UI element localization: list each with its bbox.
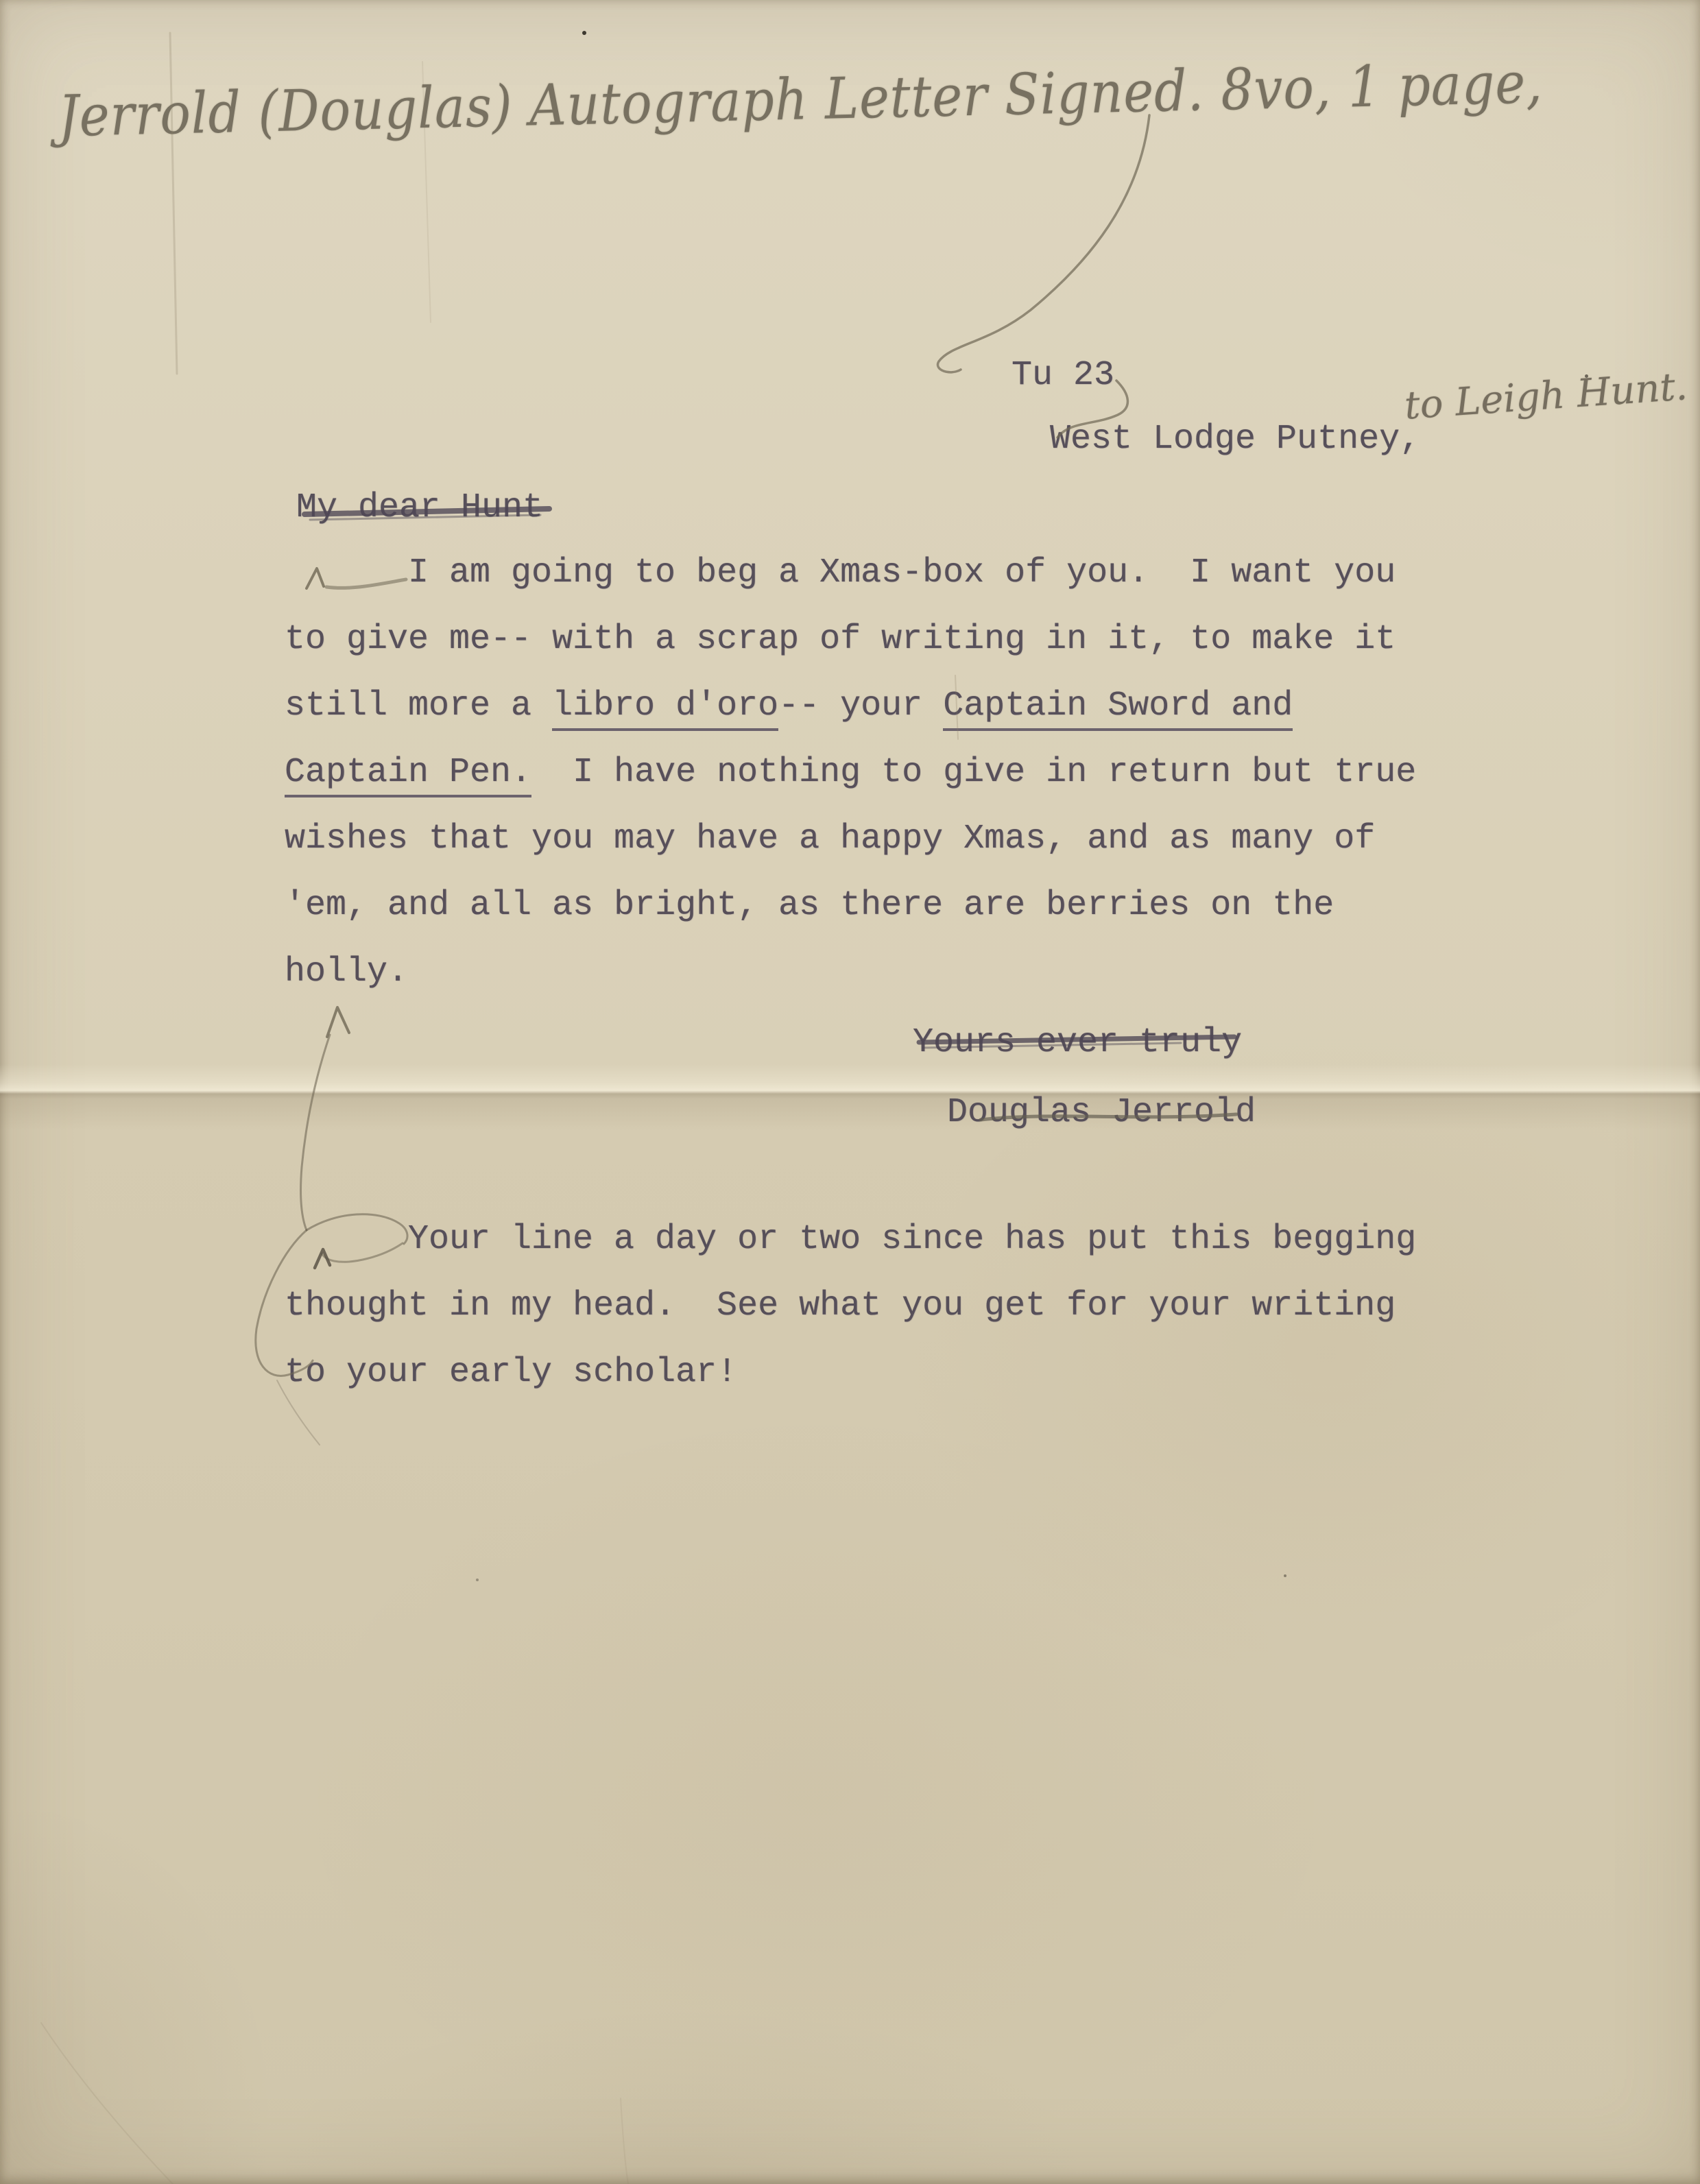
body-line-6: 'em, and all as bright, as there are ber… [285,889,1334,923]
salutation: My dear Hunt [296,491,543,525]
recipient-annotation: to Leigh Hunt. [1403,364,1689,429]
catalog-annotation: Jerrold (Douglas) Autograph Letter Signe… [58,50,1544,149]
signature: Douglas Jerrold [947,1096,1256,1130]
body-line-7: holly. [285,955,408,989]
underlined-captain-sword: Captain Sword and [943,686,1293,731]
insertion-caret-postscript [315,1249,330,1268]
crease-bottom-left [41,2023,628,2184]
horizontal-fold-crease [0,1064,1700,1130]
ink-speck [1284,1574,1286,1577]
body-line-3-mid: -- your [778,686,943,725]
underlined-captain-pen: Captain Pen. [285,753,531,797]
insertion-caret-body [307,568,406,588]
body-line-2: to give me-- with a scrap of writing in … [285,623,1396,657]
underlined-libro-doro: libro d'oro [552,686,778,731]
body-line-3-text: still more a [285,686,552,725]
postscript-line-2: thought in my head. See what you get for… [285,1289,1396,1323]
postscript-line-3: to your early scholar! [285,1356,737,1390]
postscript-line-1: Your line a day or two since has put thi… [408,1223,1416,1257]
body-line-4: Captain Pen. I have nothing to give in r… [285,756,1416,790]
ink-speck [476,1579,479,1581]
body-line-1: I am going to beg a Xmas-box of you. I w… [408,556,1396,590]
body-line-3: still more a libro d'oro-- your Captain … [285,689,1293,723]
catalog-flourish-curve [937,115,1149,372]
body-line-5: wishes that you may have a happy Xmas, a… [285,822,1375,856]
body-line-4-text: I have nothing to give in return but tru… [531,753,1416,792]
ink-speck [1585,374,1588,378]
letter-scan-page: Jerrold (Douglas) Autograph Letter Signe… [0,0,1700,2184]
address-line: West Lodge Putney, [1050,422,1420,457]
closing: Yours ever truly [913,1026,1242,1060]
ink-speck [582,31,586,35]
dateline: Tu 23 [1011,359,1114,393]
